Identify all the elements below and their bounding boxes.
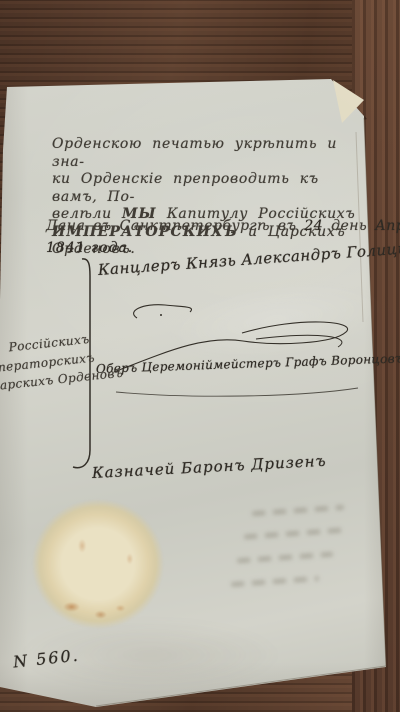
- body-line: Орденскою печатью укрѣпить и зна-: [52, 136, 364, 171]
- handwritten-day: 24: [304, 218, 323, 234]
- document-photo: Орденскою печатью укрѣпить и зна- ки Орд…: [0, 0, 400, 712]
- dateline-printed: Дана въ Санктпетербургѣ въ: [46, 218, 296, 234]
- body-line: ки Орденскіе препроводить къ вамъ, По-: [52, 171, 364, 206]
- handwritten-year: 1841 года.: [46, 240, 133, 256]
- dateline: Дана въ Санктпетербургѣ въ 24 день Апрѣл…: [46, 218, 400, 234]
- wax-seal-stain: [32, 499, 164, 629]
- handwritten-month: Апрѣля: [375, 218, 400, 234]
- dateline-printed: день: [331, 218, 367, 234]
